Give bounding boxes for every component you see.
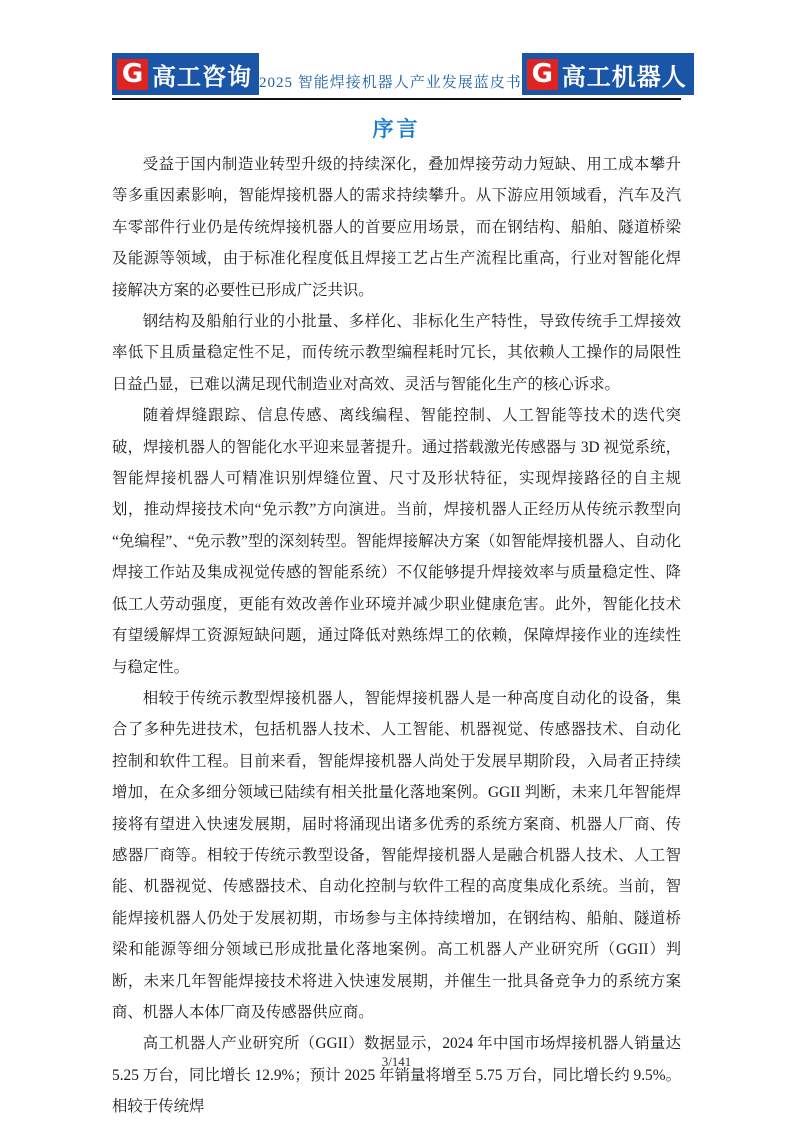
section-heading: 序言	[112, 113, 681, 143]
gaogong-g-icon: G	[117, 59, 148, 90]
report-title: 2025 智能焊接机器人产业发展蓝皮书	[259, 71, 522, 95]
gaogong-robot-logo-text: 高工机器人	[562, 57, 687, 92]
paragraph: 高工机器人产业研究所（GGII）数据显示，2024 年中国市场焊接机器人销量达 …	[112, 1028, 681, 1122]
page-number: 3/141	[0, 1054, 793, 1070]
paragraph: 钢结构及船舶行业的小批量、多样化、非标化生产特性，导致传统手工焊接效率低下且质量…	[112, 306, 681, 400]
header-divider	[112, 98, 681, 100]
paragraph: 相较于传统示教型焊接机器人，智能焊接机器人是一种高度自动化的设备，集合了多种先进…	[112, 683, 681, 1028]
gaogong-consulting-logo-text: 高工咨询	[152, 57, 252, 92]
paragraph: 随着焊缝跟踪、信息传感、离线编程、智能控制、人工智能等技术的迭代突破，焊接机器人…	[112, 400, 681, 683]
document-body: 受益于国内制造业转型升级的持续深化，叠加焊接劳动力短缺、用工成本攀升等多重因素影…	[112, 149, 681, 1122]
gaogong-g-icon: G	[527, 59, 558, 90]
gaogong-consulting-logo: G 高工咨询	[112, 53, 259, 95]
page-header: G 高工咨询 2025 智能焊接机器人产业发展蓝皮书 G 高工机器人	[112, 0, 681, 100]
paragraph: 受益于国内制造业转型升级的持续深化，叠加焊接劳动力短缺、用工成本攀升等多重因素影…	[112, 149, 681, 306]
document-page: G 高工咨询 2025 智能焊接机器人产业发展蓝皮书 G 高工机器人 序言 受益…	[0, 0, 793, 1122]
gaogong-robot-logo: G 高工机器人	[522, 53, 694, 95]
